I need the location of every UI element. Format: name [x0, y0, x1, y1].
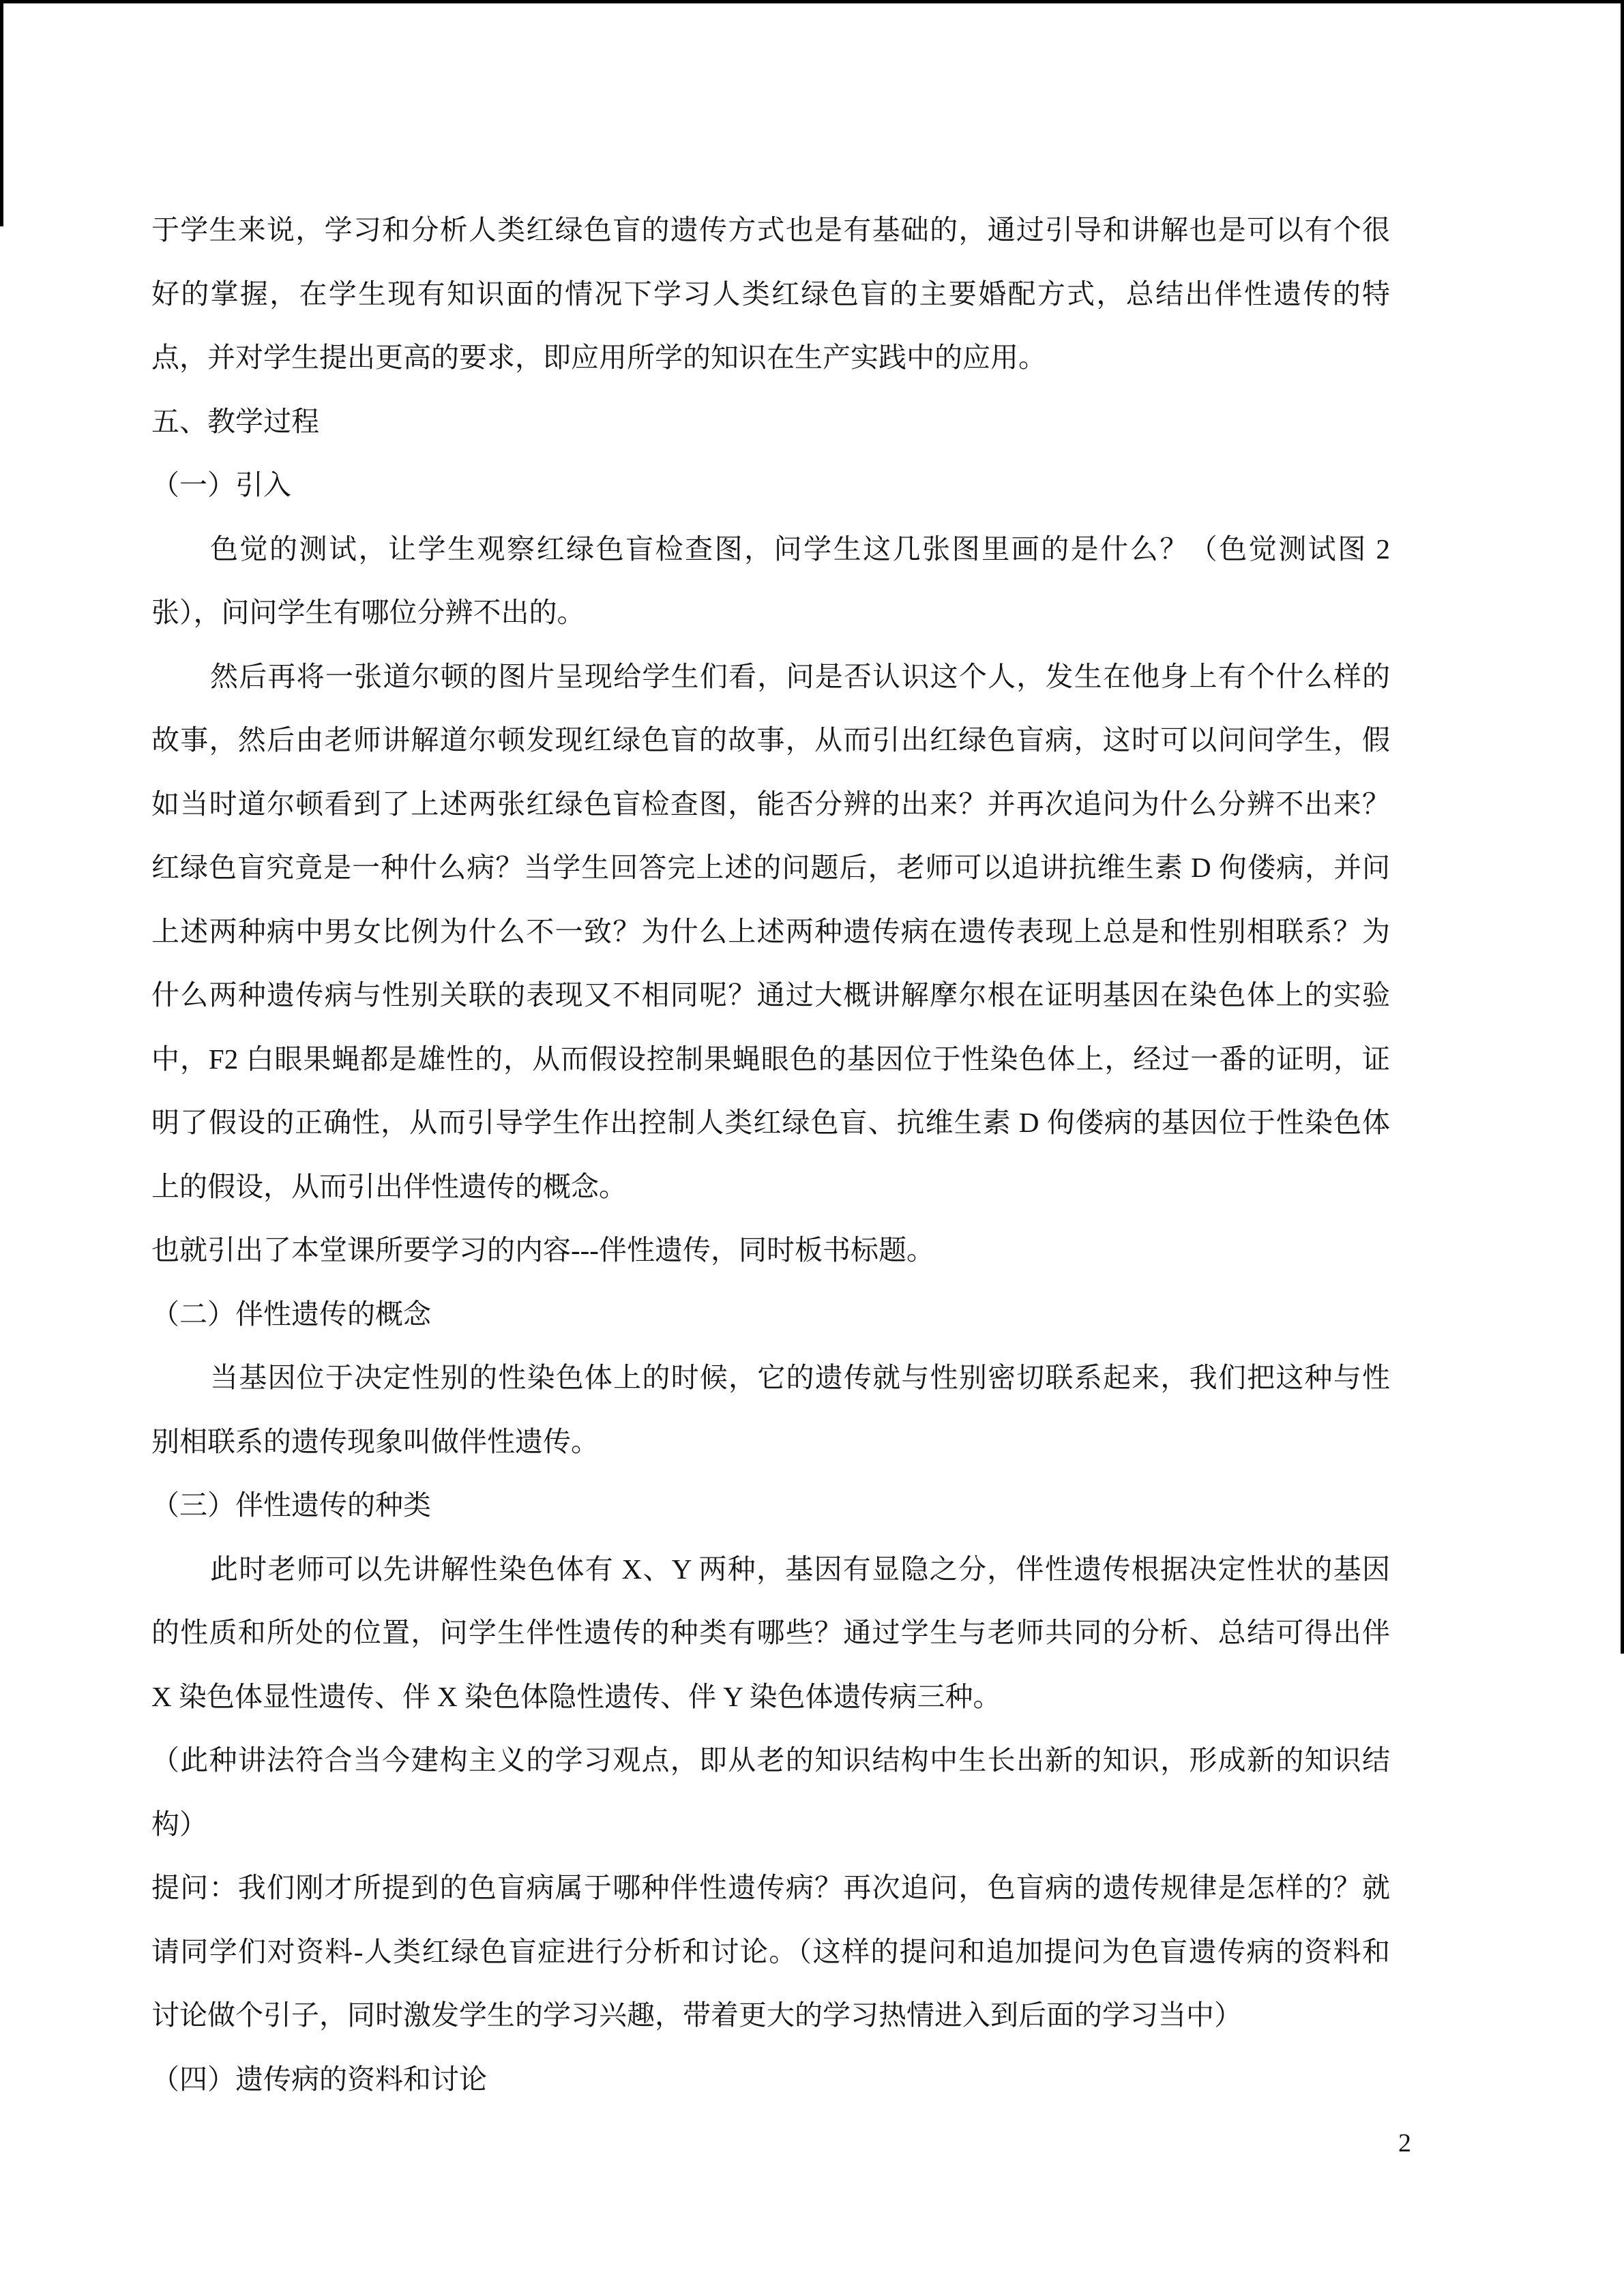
text-line: 如当时道尔顿看到了上述两张红绿色盲检查图，能否分辨的出来？并再次追问为什么分辨不…	[151, 773, 1390, 837]
text-line: 色觉的测试，让学生观察红绿色盲检查图，问学生这几张图里画的是什么？（色觉测试图 …	[151, 518, 1390, 582]
text-line: 点，并对学生提出更高的要求，即应用所学的知识在生产实践中的应用。	[151, 326, 1390, 390]
text-line: 红绿色盲究竟是一种什么病？当学生回答完上述的问题后，老师可以追讲抗维生素 D 佝…	[151, 836, 1390, 900]
text-line: 故事，然后由老师讲解道尔顿发现红绿色盲的故事，从而引出红绿色盲病，这时可以问问学…	[151, 709, 1390, 773]
text-line: （四）遗传病的资料和讨论	[151, 2048, 1390, 2112]
text-line: 上述两种病中男女比例为什么不一致？为什么上述两种遗传病在遗传表现上总是和性别相联…	[151, 900, 1390, 964]
text-line: 然后再将一张道尔顿的图片呈现给学生们看，问是否认识这个人，发生在他身上有个什么样…	[151, 645, 1390, 709]
text-line: 张），问问学生有哪位分辨不出的。	[151, 581, 1390, 645]
scan-edge-top	[0, 0, 1624, 3]
text-line: 也就引出了本堂课所要学习的内容---伴性遗传，同时板书标题。	[151, 1219, 1390, 1283]
text-line: 好的掌握，在学生现有知识面的情况下学习人类红绿色盲的主要婚配方式，总结出伴性遗传…	[151, 263, 1390, 327]
text-line: （三）伴性遗传的种类	[151, 1474, 1390, 1538]
text-line: 中，F2 白眼果蝇都是雄性的，从而假设控制果蝇眼色的基因位于性染色体上，经过一番…	[151, 1028, 1390, 1092]
document-page: { "page": { "number": "2", "background_c…	[0, 0, 1624, 2296]
text-line: （此种讲法符合当今建构主义的学习观点，即从老的知识结构中生长出新的知识，形成新的…	[151, 1729, 1390, 1793]
text-line: 此时老师可以先讲解性染色体有 X、Y 两种，基因有显隐之分，伴性遗传根据决定性状…	[151, 1538, 1390, 1602]
text-line: 五、教学过程	[151, 390, 1390, 454]
document-text: 于学生来说，学习和分析人类红绿色盲的遗传方式也是有基础的，通过引导和讲解也是可以…	[151, 198, 1390, 2111]
text-line: （一）引入	[151, 453, 1390, 518]
text-line: 什么两种遗传病与性别关联的表现又不相同呢？通过大概讲解摩尔根在证明基因在染色体上…	[151, 964, 1390, 1028]
text-line: 于学生来说，学习和分析人类红绿色盲的遗传方式也是有基础的，通过引导和讲解也是可以…	[151, 198, 1390, 263]
text-line: 明了假设的正确性，从而引导学生作出控制人类红绿色盲、抗维生素 D 佝偻病的基因位…	[151, 1091, 1390, 1155]
page-number: 2	[1398, 2128, 1411, 2159]
text-line: 当基因位于决定性别的性染色体上的时候，它的遗传就与性别密切联系起来，我们把这种与…	[151, 1346, 1390, 1410]
text-line: 别相联系的遗传现象叫做伴性遗传。	[151, 1410, 1390, 1474]
text-line: X 染色体显性遗传、伴 X 染色体隐性遗传、伴 Y 染色体遗传病三种。	[151, 1665, 1390, 1729]
text-line: 的性质和所处的位置，问学生伴性遗传的种类有哪些？通过学生与老师共同的分析、总结可…	[151, 1601, 1390, 1665]
text-line: 上的假设，从而引出伴性遗传的概念。	[151, 1155, 1390, 1219]
text-line: 请同学们对资料-人类红绿色盲症进行分析和讨论。（这样的提问和追加提问为色盲遗传病…	[151, 1920, 1390, 1984]
text-line: 讨论做个引子，同时激发学生的学习兴趣，带着更大的学习热情进入到后面的学习当中）	[151, 1984, 1390, 2048]
text-line: 提问：我们刚才所提到的色盲病属于哪种伴性遗传病？再次追问，色盲病的遗传规律是怎样…	[151, 1856, 1390, 1920]
text-line: （二）伴性遗传的概念	[151, 1283, 1390, 1347]
text-line: 构）	[151, 1793, 1390, 1857]
scan-edge-right	[1621, 0, 1624, 1654]
scan-edge-left	[0, 0, 3, 226]
